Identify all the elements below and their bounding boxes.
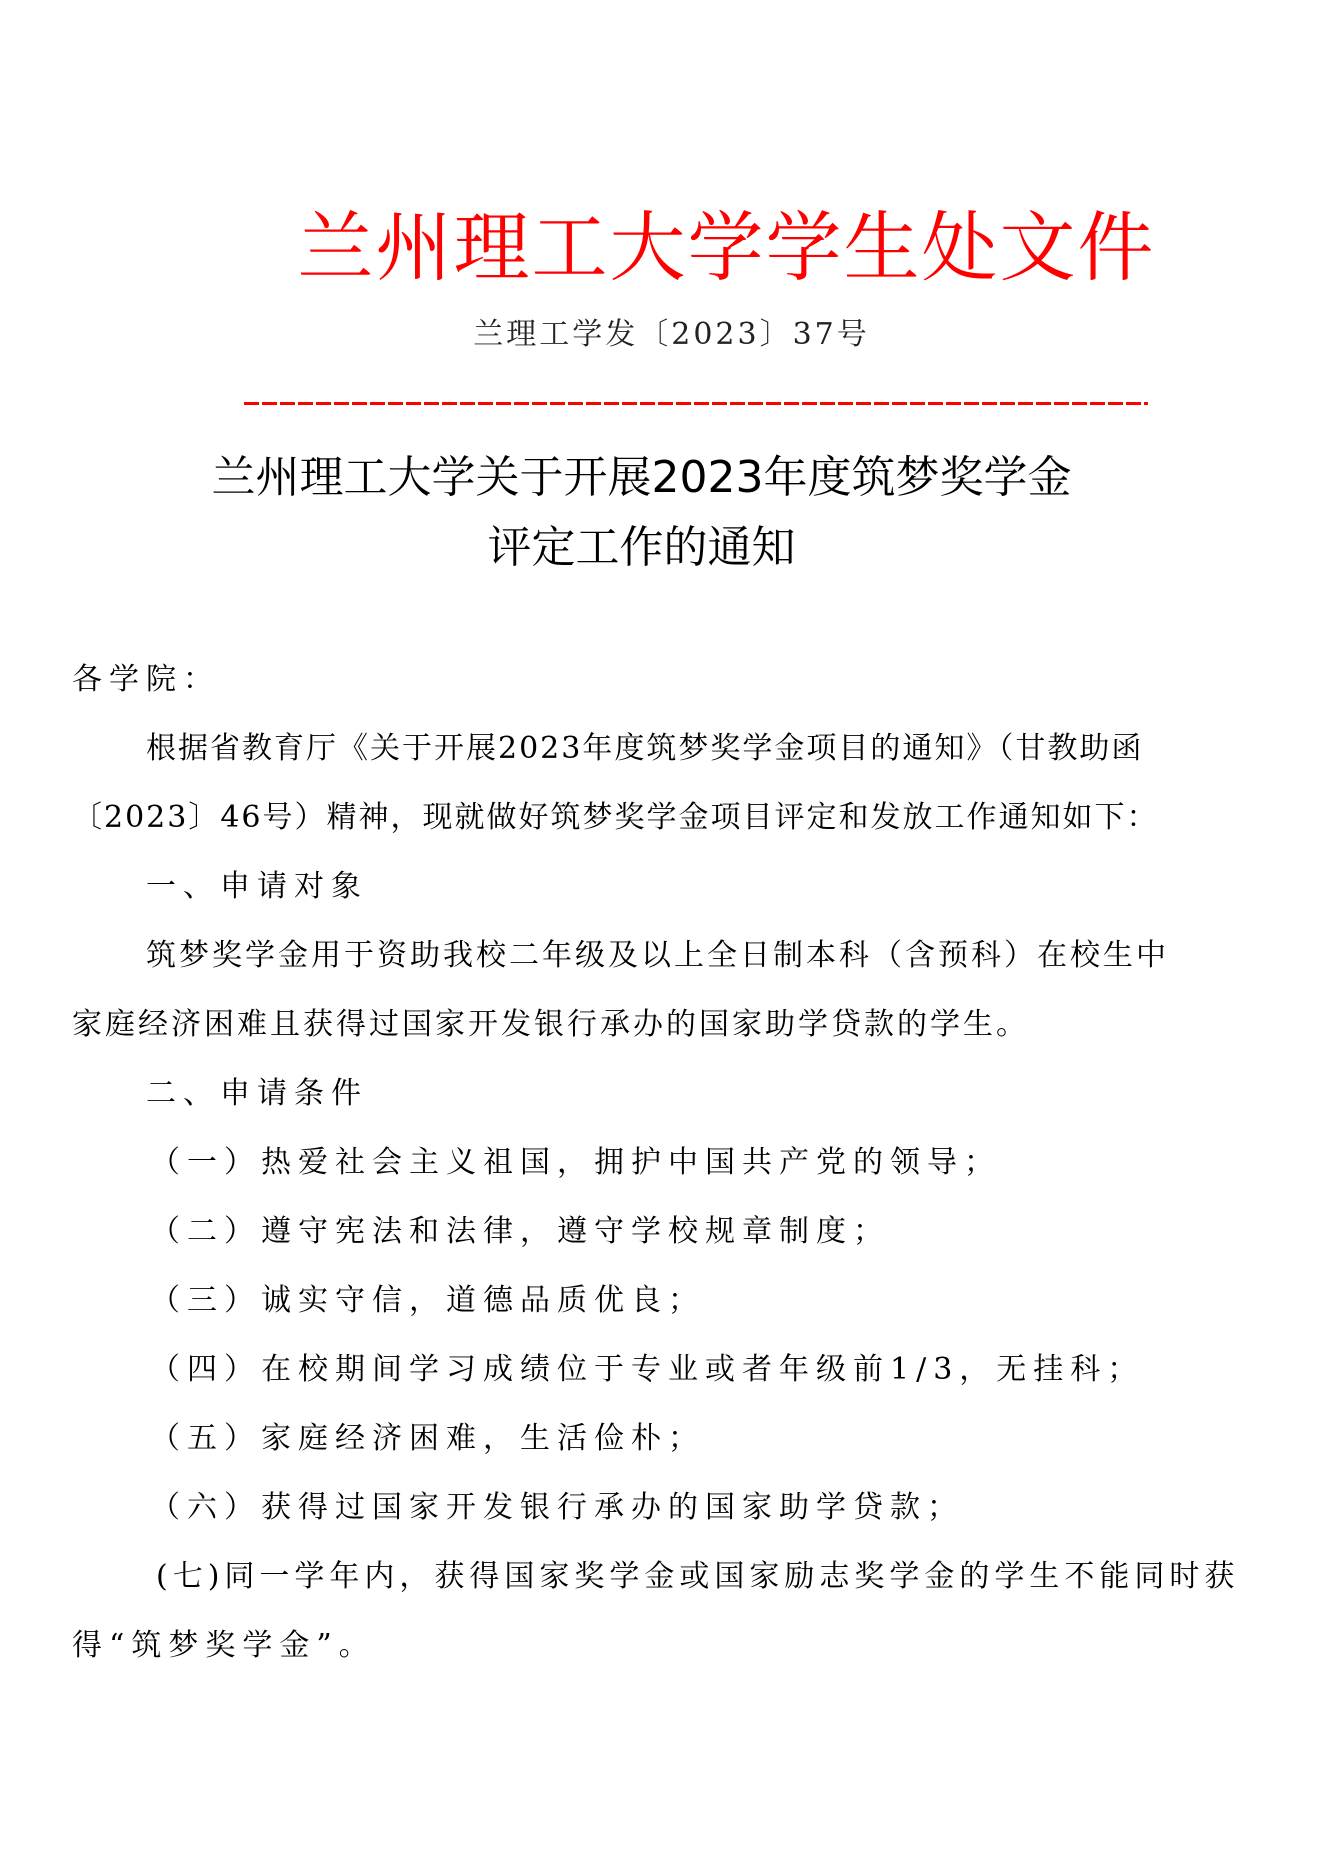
section-heading-1: 一、申请对象 <box>146 862 1323 912</box>
section-1-paragraph-line-2: 家庭经济困难且获得过国家开发银行承办的国家助学贷款的学生。 <box>72 1000 1272 1050</box>
condition-item-6: （六）获得过国家开发银行承办的国家助学贷款； <box>150 1483 1323 1533</box>
condition-item-7-line-1: (七)同一学年内，获得国家奖学金或国家励志奖学金的学生不能同时获 <box>156 1552 1323 1602</box>
red-dashed-separator <box>244 402 1148 405</box>
condition-item-7-line-2: 得“筑梦奖学金”。 <box>72 1621 1272 1671</box>
section-1-paragraph-line-1: 筑梦奖学金用于资助我校二年级及以上全日制本科（含预科）在校生中 <box>146 931 1323 981</box>
salutation: 各学院： <box>72 655 1272 705</box>
condition-item-1: （一）热爱社会主义祖国，拥护中国共产党的领导； <box>150 1138 1323 1188</box>
intro-line-1: 根据省教育厅《关于开展2023年度筑梦奖学金项目的通知》（甘教助函 <box>146 724 1323 774</box>
issuer-red-header: 兰州理工大学学生处文件 <box>0 198 1323 298</box>
condition-item-2: （二）遵守宪法和法律，遵守学校规章制度； <box>150 1207 1323 1257</box>
notice-title-line-2: 评定工作的通知 <box>0 516 1323 580</box>
condition-item-4: （四）在校期间学习成绩位于专业或者年级前1/3，无挂科； <box>150 1345 1323 1395</box>
section-heading-2: 二、申请条件 <box>146 1069 1323 1119</box>
intro-line-2: 〔2023〕46号）精神，现就做好筑梦奖学金项目评定和发放工作通知如下： <box>72 793 1272 843</box>
condition-item-5: （五）家庭经济困难，生活俭朴； <box>150 1414 1323 1464</box>
condition-item-3: （三）诚实守信，道德品质优良； <box>150 1276 1323 1326</box>
notice-title-line-1: 兰州理工大学关于开展2023年度筑梦奖学金 <box>0 446 1323 510</box>
document-number: 兰理工学发〔2023〕37号 <box>0 312 1323 358</box>
